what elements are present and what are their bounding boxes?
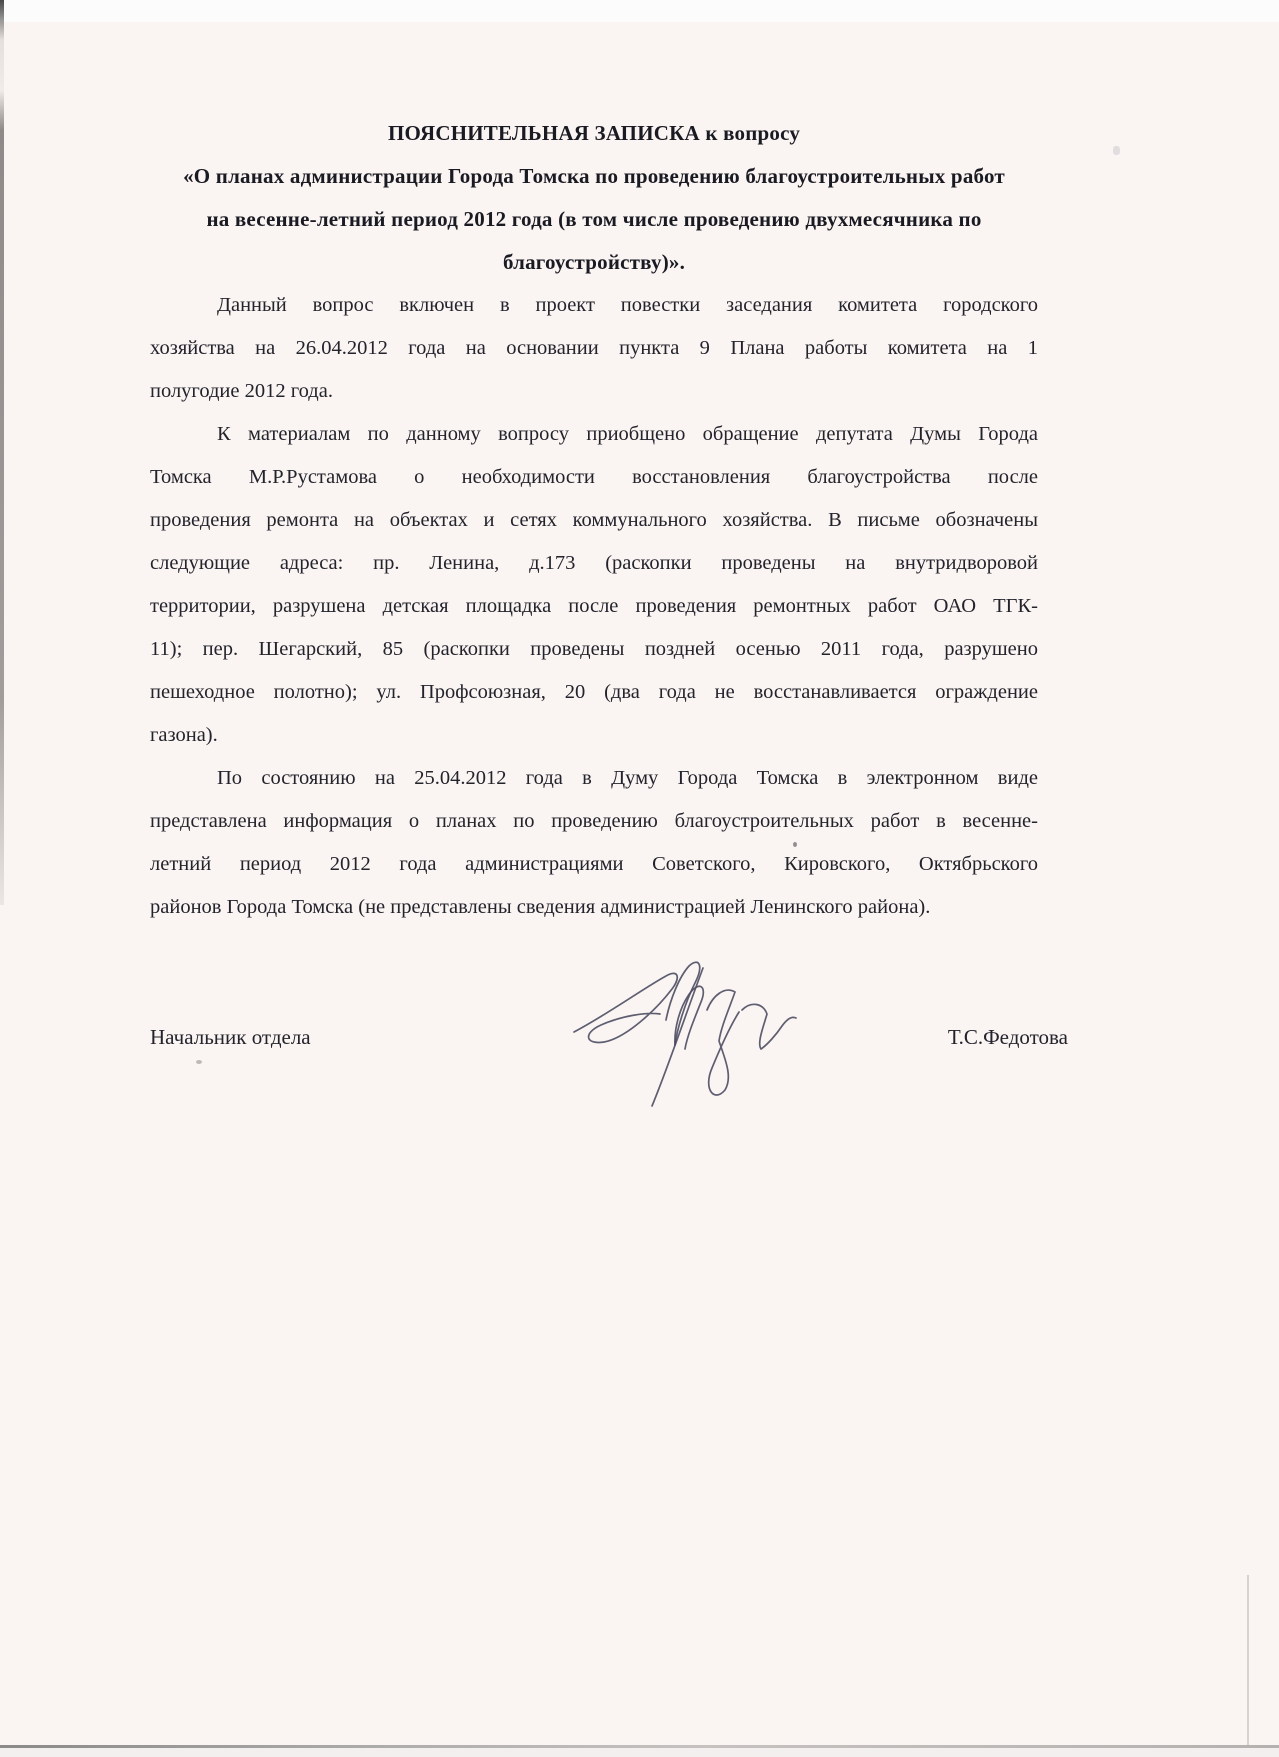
paragraph-line: 11); пер. Шегарский, 85 (раскопки провед…	[150, 628, 1038, 671]
paragraph-line: территории, разрушена детская площадка п…	[150, 585, 1038, 628]
paragraph-line: Данный вопрос включен в проект повестки …	[150, 284, 1038, 327]
paragraph-line: пешеходное полотно); ул. Профсоюзная, 20…	[150, 671, 1038, 714]
scan-bottom-band	[0, 1748, 1279, 1757]
scanned-document-page: ПОЯСНИТЕЛЬНАЯ ЗАПИСКА к вопросу «О плана…	[0, 0, 1279, 1757]
paragraph-line: летний период 2012 года администрациями …	[150, 843, 1038, 886]
paragraph-line: следующие адреса: пр. Ленина, д.173 (рас…	[150, 542, 1038, 585]
paragraph-1: Данный вопрос включен в проект повестки …	[150, 284, 1038, 413]
paragraph-line: представлена информация о планах по пров…	[150, 800, 1038, 843]
paragraph-line: районов Города Томска (не представлены с…	[150, 886, 1038, 929]
paragraph-line: Томска М.Р.Рустамова о необходимости вос…	[150, 456, 1038, 499]
document-title-line-2: «О планах администрации Города Томска по…	[150, 155, 1038, 198]
paragraph-line: газона).	[150, 714, 1038, 757]
scan-edge-left	[0, 0, 4, 905]
paragraph-line: По состоянию на 25.04.2012 года в Думу Г…	[150, 757, 1038, 800]
paragraph-3: По состоянию на 25.04.2012 года в Думу Г…	[150, 757, 1038, 929]
document-title-line-4: благоустройству)».	[150, 241, 1038, 284]
scan-speck	[196, 1060, 202, 1064]
paragraph-line: полугодие 2012 года.	[150, 370, 1038, 413]
handwritten-signature-image	[566, 948, 802, 1114]
signature-name-label: Т.С.Федотова	[948, 1016, 1068, 1059]
document-title-line-3: на весенне-летний период 2012 года (в то…	[150, 198, 1038, 241]
signature-role-label: Начальник отдела	[150, 1016, 311, 1059]
scan-top-strip	[0, 0, 1279, 22]
paragraph-2: К материалам по данному вопросу приобщен…	[150, 413, 1038, 757]
paragraph-line: хозяйства на 26.04.2012 года на основани…	[150, 327, 1038, 370]
document-title-line-1: ПОЯСНИТЕЛЬНАЯ ЗАПИСКА к вопросу	[150, 112, 1038, 155]
paragraph-line: К материалам по данному вопросу приобщен…	[150, 413, 1038, 456]
document-text-column: ПОЯСНИТЕЛЬНАЯ ЗАПИСКА к вопросу «О плана…	[150, 112, 1038, 1059]
scan-edge-right	[1247, 1575, 1249, 1745]
paragraph-line: проведения ремонта на объектах и сетях к…	[150, 499, 1038, 542]
scan-speck	[1113, 146, 1120, 155]
